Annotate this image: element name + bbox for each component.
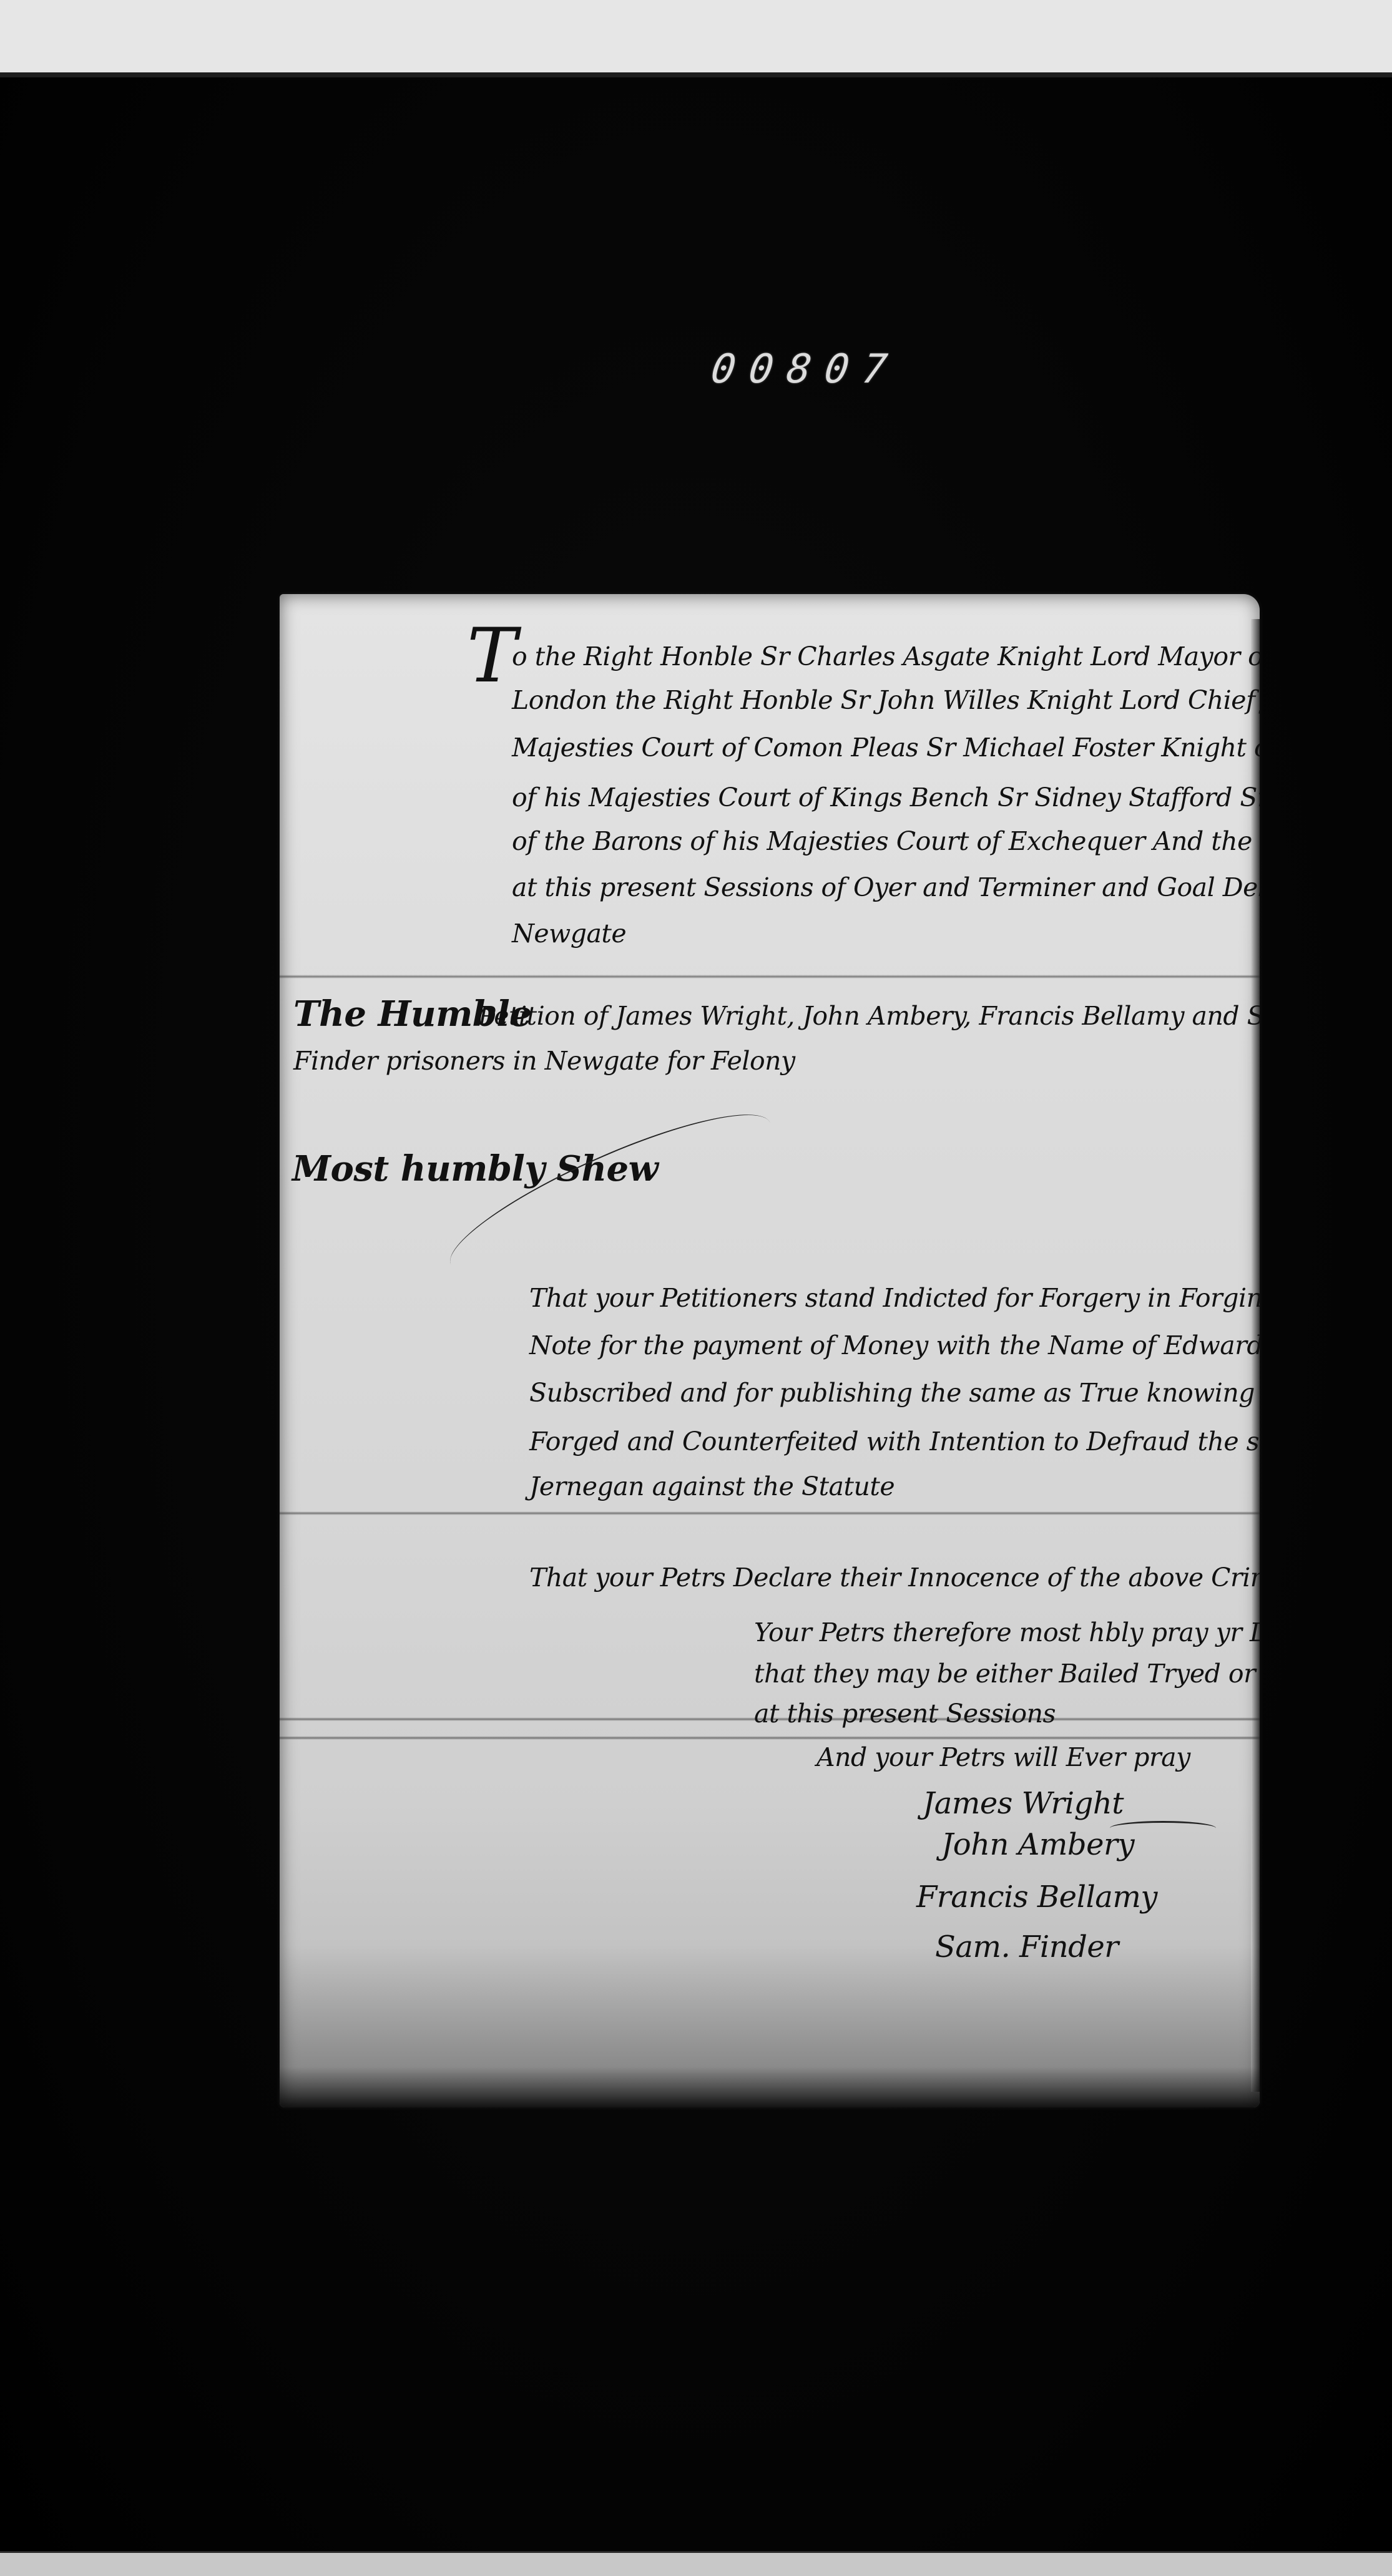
address-line: o the Right Honble Sr Charles Asgate Kni… bbox=[512, 642, 1260, 671]
body-line: Jernegan against the Statute bbox=[529, 1471, 895, 1501]
frame-number: 00807 bbox=[708, 346, 914, 390]
address-line: at this present Sessions of Oyer and Ter… bbox=[512, 872, 1260, 902]
signature: Francis Bellamy bbox=[916, 1880, 1157, 1915]
drop-cap: T bbox=[467, 619, 517, 694]
address-line: of his Majesties Court of Kings Bench Sr… bbox=[512, 783, 1260, 812]
body-line: That your Petitioners stand Indicted for… bbox=[529, 1283, 1260, 1313]
address-line: London the Right Honble Sr John Willes K… bbox=[512, 685, 1260, 715]
signature: John Ambery bbox=[941, 1827, 1134, 1862]
body-paragraph-2: That your Petrs Declare their Innocence … bbox=[529, 1563, 1260, 1593]
scanner-bottom-strip bbox=[0, 2551, 1392, 2576]
prayer-line: at this present Sessions bbox=[754, 1699, 1056, 1729]
body-line: Subscribed and for publishing the same a… bbox=[529, 1378, 1260, 1408]
fold-line bbox=[280, 975, 1260, 978]
address-line: Majesties Court of Comon Pleas Sr Michae… bbox=[512, 733, 1260, 763]
petition-line: Finder prisoners in Newgate for Felony bbox=[293, 1046, 795, 1076]
fold-line bbox=[280, 1736, 1260, 1740]
petition-line: Petition of James Wright, John Ambery, F… bbox=[478, 1001, 1260, 1031]
signature: Sam. Finder bbox=[935, 1930, 1119, 1964]
address-line: Newgate bbox=[512, 919, 626, 949]
scanner-top-strip bbox=[0, 0, 1392, 77]
manuscript-page: T o the Right Honble Sr Charles Asgate K… bbox=[280, 594, 1260, 2107]
prayer-line: Your Petrs therefore most hbly pray yr L… bbox=[754, 1617, 1260, 1647]
closing-line: And your Petrs will Ever pray bbox=[816, 1742, 1190, 1772]
address-line: of the Barons of his Majesties Court of … bbox=[512, 826, 1260, 856]
fold-line bbox=[280, 1511, 1260, 1515]
prayer-line: that they may be either Bailed Tryed or … bbox=[754, 1659, 1260, 1689]
body-line: Forged and Counterfeited with Intention … bbox=[529, 1427, 1260, 1456]
signature: James Wright bbox=[923, 1786, 1124, 1821]
flourish-stroke bbox=[435, 1088, 785, 1299]
body-line: Note for the payment of Money with the N… bbox=[529, 1330, 1260, 1360]
